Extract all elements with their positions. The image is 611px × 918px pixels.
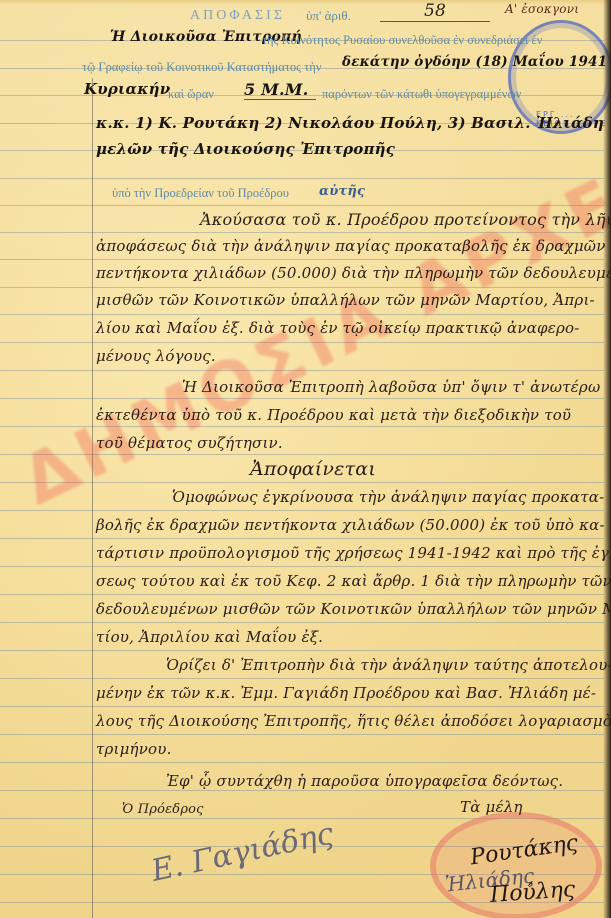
decision-number: 58 [380,1,490,22]
page-right-edge [603,0,611,918]
ruled-line [0,566,604,567]
members-label: Τὰ μέλη [460,798,523,816]
body-line: τίου, Ἀπριλίου καὶ Μαΐου ἐξ. [96,628,323,646]
ruled-line [0,510,604,511]
president-signature: Ε. Γαγιάδης [148,816,336,889]
body-line: ἐκτεθέντα ὑπὸ τοῦ κ. Προέδρου καὶ μετὰ τ… [96,406,571,424]
closing-line: Ἐφ' ᾧ συντάχθη ἡ παροῦσα ὑπογραφεῖσα δεό… [166,772,563,790]
body-line: Ἡ Διοικοῦσα Ἐπιτροπὴ λαβοῦσα ὑπ' ὄψιν τ'… [182,378,600,396]
ruled-line [0,594,604,595]
body-line: λίου καὶ Μαΐου ἐξ. διὰ τοὺς ἐν τῷ οἰκείῳ… [96,319,580,337]
meeting-day: Κυριακήν [84,80,170,98]
body-line: Ὁρίζει δ' Ἐπιτροπὴν διὰ τὴν ἀνάληψιν ταύ… [166,656,611,674]
body-line: βολῆς ἐκ δραχμῶν πεντήκοντα χιλιάδων (50… [96,516,605,534]
president-label: Ὁ Πρόεδρος [122,802,204,817]
body-line: μισθῶν τῶν Κοινοτικῶν ὑπαλλήλων τῶν μηνῶ… [96,291,595,309]
header-line2-printed: τῷ Γραφείῳ τοῦ Κοινοτικοῦ Καταστήματος τ… [82,60,321,75]
body-line: πεντήκοντα χιλιάδων (50.000) διὰ τὴν πλη… [96,264,611,282]
body-line: Ἀκούσασα τοῦ κ. Προέδρου προτείνοντος τὴ… [200,210,611,229]
ruled-line [0,706,604,707]
ruled-line [0,678,604,679]
resolution-heading: Ἀποφαίνεται [250,458,376,480]
members-list: κ.κ. 1) Κ. Ρουτάκη 2) Νικολάου Πούλη, 3)… [96,114,604,132]
presidency-handwritten: αὐτῆς [319,184,365,199]
corner-note: Α' ἐσοκγονι [505,2,579,16]
members-role: μελῶν τῆς Διοικούσης Ἐπιτροπῆς [96,140,395,158]
meeting-date: δεκάτην ὀγδόην (18) Μαΐου 1941 [342,54,607,70]
number-label: ὑπ' ἀριθ. [306,8,351,24]
header-line1-printed: τῆς Κοινότητος Ρυσαίου συνελθοῦσα ἐν συν… [262,33,542,48]
body-line: ἀποφάσεως διὰ τὴν ἀνάληψιν παγίας προκατ… [96,237,606,255]
body-line: σεως τούτου καὶ ἐκ τοῦ Κεφ. 2 καὶ ἄρθρ. … [96,572,611,590]
ruled-line [0,790,604,791]
ruled-line [0,178,604,179]
body-line: μένην ἐκ τῶν κ.κ. Ἐμμ. Γαγιάδη Προέδρου … [96,684,596,702]
margin-line [92,78,93,918]
body-line: δεδουλευμένων μισθῶν τῶν Κοινοτικῶν ὑπαλ… [96,600,611,618]
body-line: τάρτισιν προϋπολογισμοῦ τῆς χρήσεως 1941… [96,544,611,562]
form-title: ΑΠΟΦΑΣΙΣ [190,8,285,24]
ruled-line [0,650,604,651]
ruled-line [0,622,604,623]
presidency-printed: ὑπὸ τὴν Προεδρείαν τοῦ Προέδρου [112,186,289,201]
body-line: λους τῆς Διοικούσης Ἐπιτροπῆς, ἥτις θέλε… [96,712,611,730]
ruled-line [0,734,604,735]
ruled-line [0,762,604,763]
body-line: μένους λόγους. [96,347,216,365]
body-line: τριμήνου. [96,740,172,758]
time-label: καὶ ὥραν [168,87,214,102]
document-page: ΔΗΜΟΣΙΑ ΑΡΧΕΙΑ ΕΡΓ ... ΚΕΙΟΝ ... ΡΕ ΑΠΟΦ… [0,0,611,918]
present-members-label: παρόντων τῶν κάτωθι ὑπογεγραμμένων [322,87,521,102]
ruled-line [0,398,604,399]
body-line: τοῦ θέματος συζήτησιν. [96,434,283,452]
meeting-time: 5 Μ.Μ. [244,80,316,100]
ruled-line [0,538,604,539]
body-line: Ὁμοφώνως ἐγκρίνουσα τὴν ἀνάληψιν παγίας … [172,488,604,506]
